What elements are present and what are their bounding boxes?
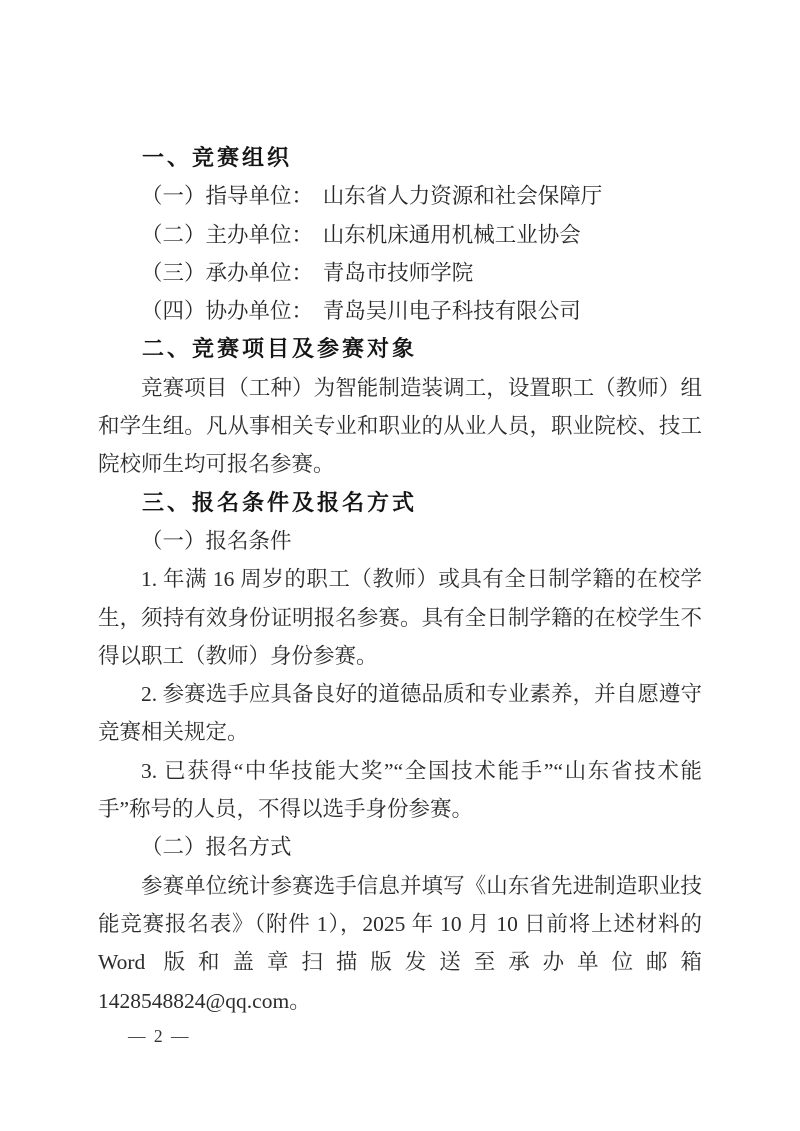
paragraph: 竞赛项目（工种）为智能制造装调工，设置职工（教师）组和学生组。凡从事相关专业和职… [98,369,702,484]
paragraph: 2. 参赛选手应具备良好的道德品质和专业素养，并自愿遵守竞赛相关规定。 [98,675,702,752]
unit-label: （四）协办单位： [141,299,313,323]
subsection-heading: （二）报名方式 [98,828,702,866]
paragraph: 3. 已获得“中华技能大奖”“全国技术能手”“山东省技术能手”称号的人员，不得以… [98,752,702,829]
unit-line: （三）承办单位：青岛市技师学院 [98,254,702,292]
section-heading: 一、竞赛组织 [98,139,702,177]
unit-line: （四）协办单位：青岛吴川电子科技有限公司 [98,292,702,330]
unit-label: （三）承办单位： [141,261,313,285]
unit-line: （二）主办单位：山东机床通用机械工业协会 [98,216,702,254]
document-content: 一、竞赛组织（一）指导单位：山东省人力资源和社会保障厅（二）主办单位：山东机床通… [98,139,702,1020]
page-footer: — 2 — [128,1026,191,1046]
unit-label: （一）指导单位： [141,184,313,208]
paragraph: 参赛单位统计参赛选手信息并填写《山东省先进制造职业技能竞赛报名表》（附件 1），… [98,867,702,1020]
section-heading: 三、报名条件及报名方式 [98,484,702,522]
unit-label: （二）主办单位： [141,223,313,247]
subsection-heading: （一）报名条件 [98,522,702,560]
unit-value: 山东机床通用机械工业协会 [323,223,581,247]
document-page: 一、竞赛组织（一）指导单位：山东省人力资源和社会保障厅（二）主办单位：山东机床通… [0,0,800,1131]
unit-value: 山东省人力资源和社会保障厅 [323,184,603,208]
unit-value: 青岛吴川电子科技有限公司 [323,299,581,323]
page-number: — 2 — [128,1026,191,1046]
section-heading: 二、竞赛项目及参赛对象 [98,330,702,368]
unit-line: （一）指导单位：山东省人力资源和社会保障厅 [98,177,702,215]
paragraph: 1. 年满 16 周岁的职工（教师）或具有全日制学籍的在校学生，须持有效身份证明… [98,560,702,675]
unit-value: 青岛市技师学院 [323,261,474,285]
